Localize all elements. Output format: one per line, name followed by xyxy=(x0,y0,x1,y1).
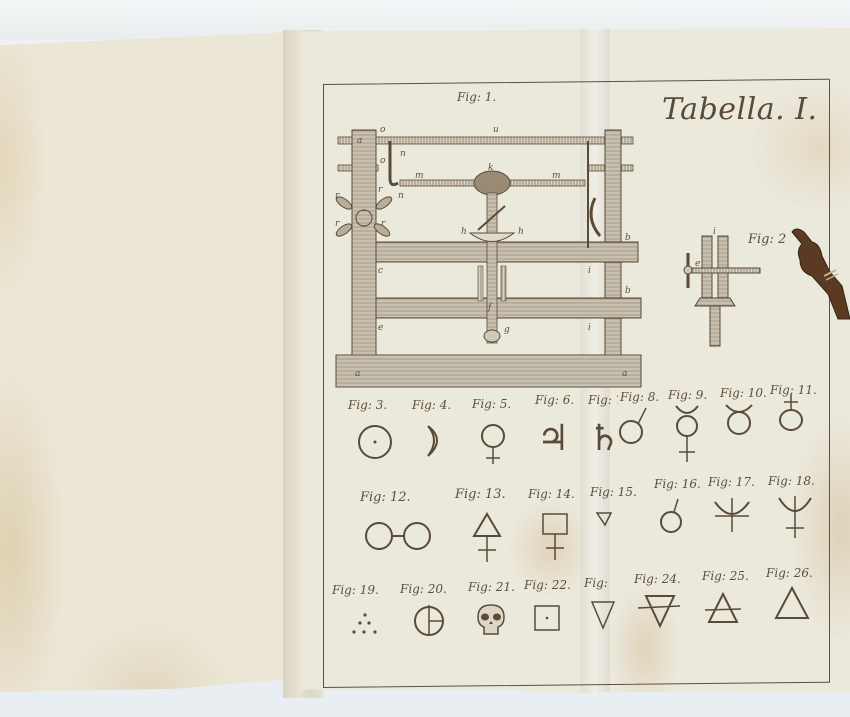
svg-text:n: n xyxy=(400,149,406,159)
plate-title: Tabella. I. xyxy=(662,92,818,127)
joined-circles-symbol-icon xyxy=(365,518,435,554)
svg-text:g: g xyxy=(504,325,510,335)
mars-symbol-icon xyxy=(618,402,652,446)
sun-symbol-icon xyxy=(355,422,395,462)
six-dots-symbol-icon xyxy=(350,612,382,638)
svg-text:h: h xyxy=(518,227,524,237)
svg-text:i: i xyxy=(588,323,591,333)
left-page-blank xyxy=(0,32,292,692)
fig-19-label: Fig: 19. xyxy=(332,583,379,597)
fig-22-label: Fig: 22. xyxy=(524,578,571,592)
svg-text:r: r xyxy=(335,191,340,201)
svg-text:b: b xyxy=(625,233,631,243)
fig-14-label: Fig: 14. xyxy=(528,487,575,501)
water-triangle-symbol-icon xyxy=(590,600,616,632)
fig-23-label: Fig: 23. xyxy=(584,576,610,590)
fig-6-label: Fig: 6. xyxy=(535,393,574,407)
fig-4-label: Fig: 4. xyxy=(412,398,451,412)
fig-7-label: Fig: 7. xyxy=(588,393,618,407)
svg-text:a: a xyxy=(622,369,627,379)
fig-1-label: Fig: 1. xyxy=(457,90,496,104)
fig-15-label: Fig: 15. xyxy=(590,485,637,499)
fig-2-label: Fig: 2 xyxy=(748,232,786,247)
svg-text:o: o xyxy=(380,156,386,166)
svg-text:m: m xyxy=(552,171,561,181)
fig-18-label: Fig: 18. xyxy=(768,474,815,488)
svg-text:a: a xyxy=(355,369,360,379)
saturn-symbol-icon: ♄ xyxy=(588,418,620,459)
earth-triangle-symbol-icon xyxy=(636,594,682,630)
circle-bar-symbol-icon xyxy=(412,603,446,637)
svg-text:e: e xyxy=(378,323,383,333)
svg-text:m: m xyxy=(415,171,424,181)
svg-text:i: i xyxy=(713,227,716,237)
pointing-hand-icon xyxy=(790,224,850,319)
fig-25-label: Fig: 25. xyxy=(702,569,749,583)
svg-text:r: r xyxy=(378,185,383,195)
svg-text:k: k xyxy=(488,163,493,173)
fig-16-label: Fig: 16. xyxy=(654,477,701,491)
mercury-symbol-icon xyxy=(670,402,704,466)
air-triangle-symbol-icon xyxy=(703,592,743,626)
venus-symbol-icon xyxy=(478,422,508,472)
svg-text:a: a xyxy=(357,136,362,146)
svg-text:i: i xyxy=(588,266,591,276)
circle-with-stroke-symbol-icon xyxy=(657,497,687,535)
square-dot-symbol-icon xyxy=(532,603,562,633)
crescent-over-cross-symbol-icon xyxy=(776,494,814,540)
svg-text:r: r xyxy=(335,219,340,229)
fig-1-press-apparatus: aoo unn rrrr mmk hh fg ce bb ii aa xyxy=(330,118,650,393)
antimony-symbol-icon xyxy=(776,392,806,434)
fire-triangle-symbol-icon xyxy=(774,586,810,622)
square-over-cross-symbol-icon xyxy=(540,512,570,562)
fig-10-label: Fig: 10. xyxy=(720,386,767,400)
svg-text:h: h xyxy=(461,227,467,237)
small-triangle-symbol-icon xyxy=(596,511,612,527)
svg-text:r: r xyxy=(381,219,386,229)
fig-26-label: Fig: 26. xyxy=(766,566,813,580)
svg-text:n: n xyxy=(398,191,404,201)
triangle-over-cross-symbol-icon xyxy=(472,512,502,566)
fig-24-label: Fig: 24. xyxy=(634,572,681,586)
svg-text:e: e xyxy=(695,259,700,269)
fig-17-label: Fig: 17. xyxy=(708,475,755,489)
fig-20-label: Fig: 20. xyxy=(400,582,447,596)
fig-9-label: Fig: 9. xyxy=(668,388,707,402)
crescent-cross-symbol-icon xyxy=(712,496,752,534)
svg-text:o: o xyxy=(380,125,386,135)
moon-symbol-icon xyxy=(420,422,450,462)
svg-text:u: u xyxy=(493,125,499,135)
fig-12-label: Fig: 12. xyxy=(360,490,411,505)
fig-5-label: Fig: 5. xyxy=(472,397,511,411)
svg-text:b: b xyxy=(625,286,631,296)
fig-13-label: Fig: 13. xyxy=(455,487,506,502)
skull-icon xyxy=(474,603,508,637)
fig-3-label: Fig: 3. xyxy=(348,398,387,412)
jupiter-symbol-icon: ♃ xyxy=(537,418,569,459)
svg-text:c: c xyxy=(378,266,383,276)
fig-21-label: Fig: 21. xyxy=(468,580,515,594)
horned-circle-symbol-icon xyxy=(722,403,756,437)
